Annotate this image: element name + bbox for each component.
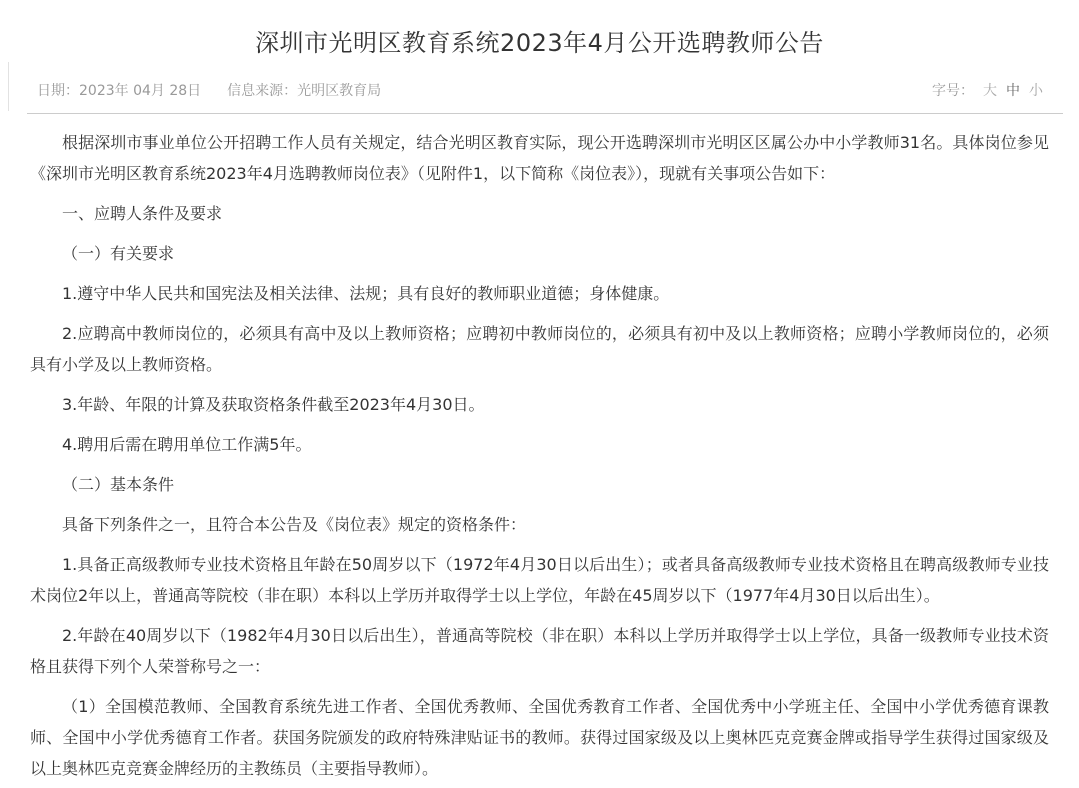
- announcement-page: 深圳市光明区教育系统2023年4月公开选聘教师公告 日期：2023年 04月 2…: [0, 0, 1079, 788]
- fontsize-switcher: 字号：大中小: [932, 81, 1043, 101]
- paragraph: 4.聘用后需在聘用单位工作满5年。: [30, 429, 1049, 460]
- fontsize-medium-button[interactable]: 中: [1006, 83, 1020, 99]
- paragraph: （一）有关要求: [30, 238, 1049, 269]
- paragraph: （1）全国模范教师、全国教育系统先进工作者、全国优秀教师、全国优秀教育工作者、全…: [30, 691, 1049, 784]
- meta-left: 日期：2023年 04月 28日信息来源：光明区教育局: [37, 81, 381, 101]
- paragraph: （二）基本条件: [30, 469, 1049, 500]
- article-body: 根据深圳市事业单位公开招聘工作人员有关规定，结合光明区教育实际，现公开选聘深圳市…: [0, 114, 1079, 784]
- paragraph: 具备下列条件之一，且符合本公告及《岗位表》规定的资格条件：: [30, 509, 1049, 540]
- date-label: 日期：: [37, 83, 79, 99]
- meta-left-border: [8, 62, 9, 111]
- paragraph: 1.具备正高级教师专业技术资格且年龄在50周岁以下（1972年4月30日以后出生…: [30, 549, 1049, 611]
- paragraph: 根据深圳市事业单位公开招聘工作人员有关规定，结合光明区教育实际，现公开选聘深圳市…: [30, 127, 1049, 189]
- paragraph: 一、应聘人条件及要求: [30, 198, 1049, 229]
- paragraph: 2.年龄在40周岁以下（1982年4月30日以后出生），普通高等院校（非在职）本…: [30, 620, 1049, 682]
- paragraph: 3.年龄、年限的计算及获取资格条件截至2023年4月30日。: [30, 389, 1049, 420]
- paragraph: 1.遵守中华人民共和国宪法及相关法律、法规；具有良好的教师职业道德；身体健康。: [30, 278, 1049, 309]
- paragraph: 2.应聘高中教师岗位的，必须具有高中及以上教师资格；应聘初中教师岗位的，必须具有…: [30, 318, 1049, 380]
- source-value: 光明区教育局: [297, 83, 381, 99]
- date-value: 2023年 04月 28日: [79, 83, 201, 99]
- meta-bar: 日期：2023年 04月 28日信息来源：光明区教育局 字号：大中小: [0, 81, 1079, 101]
- source-label: 信息来源：: [227, 83, 297, 99]
- fontsize-label: 字号：: [932, 83, 974, 99]
- fontsize-small-button[interactable]: 小: [1029, 83, 1043, 99]
- fontsize-large-button[interactable]: 大: [983, 83, 997, 99]
- page-title: 深圳市光明区教育系统2023年4月公开选聘教师公告: [0, 0, 1079, 58]
